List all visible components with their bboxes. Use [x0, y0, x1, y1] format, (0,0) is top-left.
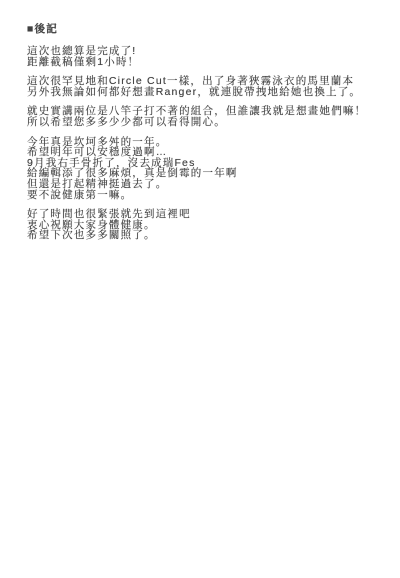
afterword-page: ■後記 這次也總算是完成了! 距離截稿僅剩1小時！ 這次很罕見地和Circle …	[0, 0, 400, 578]
afterword-line: 但還是打起精神挺過去了。	[27, 179, 382, 190]
afterword-paragraph: 好了時間也很緊張就先到這裡吧 衷心祝願大家身體健康。 希望下次也多多關照了。	[27, 209, 382, 241]
afterword-paragraph: 就史實講兩位是八竿子打不著的組合，但誰讓我就是想畫她們嘛！ 所以希望您多多少少都…	[27, 106, 382, 127]
afterword-line: 距離截稿僅剩1小時！	[27, 57, 382, 68]
afterword-paragraph: 這次很罕見地和Circle Cut一樣，出了身著狹霧泳衣的馬里蘭本 另外我無論如…	[27, 76, 382, 97]
afterword-paragraph: 這次也總算是完成了! 距離截稿僅剩1小時！	[27, 46, 382, 67]
afterword-line: 要不說健康第一嘛。	[27, 190, 382, 201]
afterword-paragraph: 今年真是坎坷多舛的一年。 希望明年可以安穩度過啊… 9月我右手骨折了，沒去成瑞F…	[27, 137, 382, 201]
afterword-heading: ■後記	[27, 24, 382, 35]
afterword-line: 希望下次也多多關照了。	[27, 230, 382, 241]
afterword-line: 這次也總算是完成了!	[27, 46, 382, 57]
afterword-line: 另外我無論如何都好想畫Ranger，就連脫帶拽地給她也換上了。	[27, 87, 382, 98]
afterword-line: 所以希望您多多少少都可以看得開心。	[27, 117, 382, 128]
